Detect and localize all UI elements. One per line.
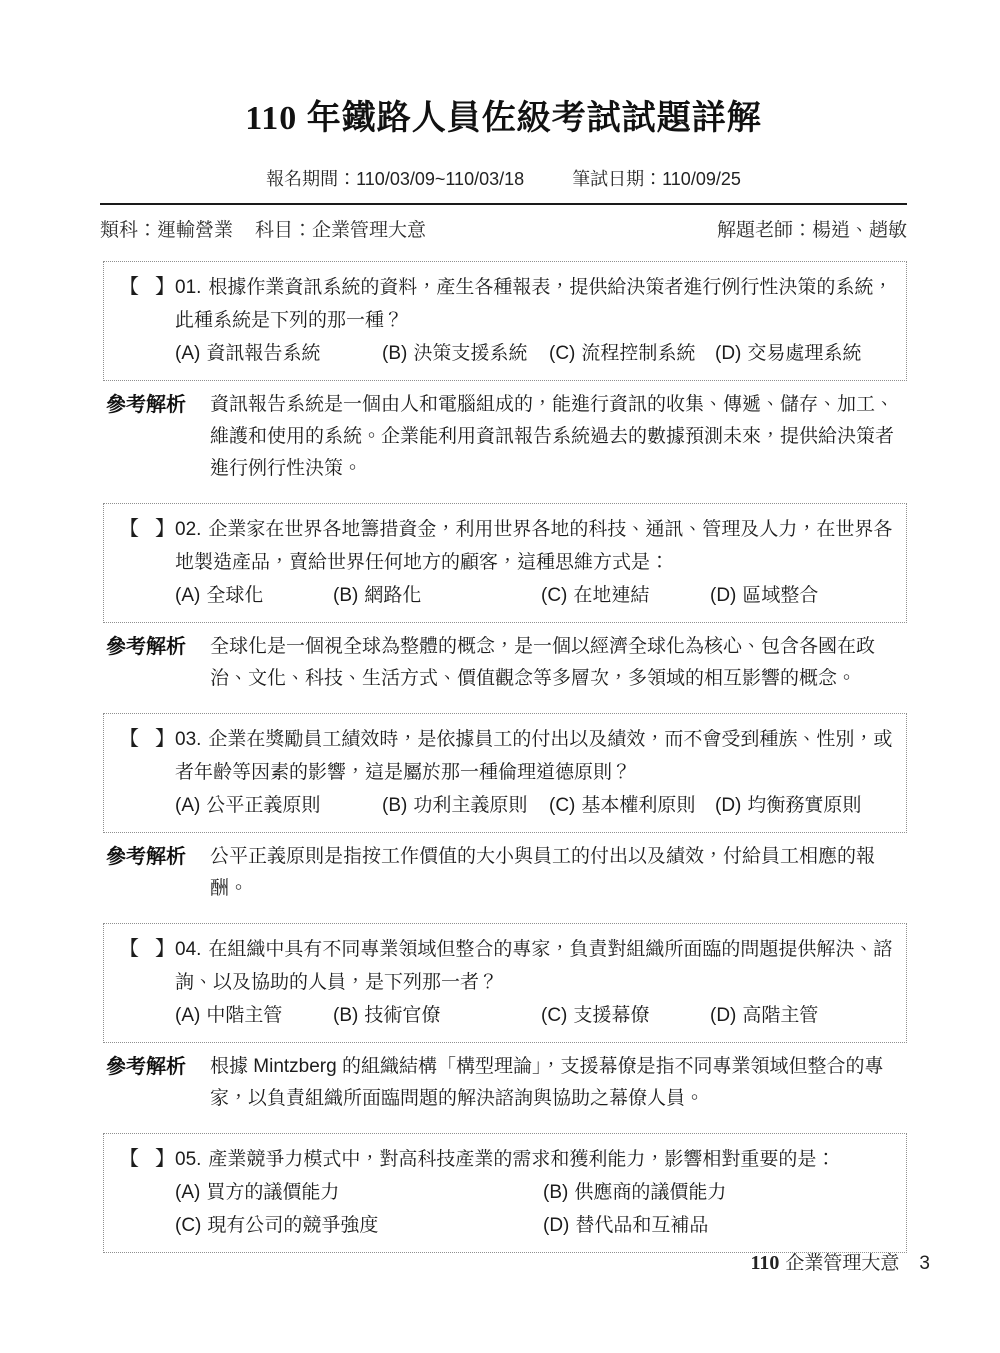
- analysis-label: 參考解析: [106, 1051, 210, 1115]
- question-box: 【 】 01.根據作業資訊系統的資料，產生各種報表，提供給決策者進行例行性決策的…: [103, 261, 907, 381]
- option: (A)公平正義原則: [175, 789, 382, 822]
- option-label: (A): [175, 795, 200, 816]
- option-label: (A): [175, 585, 200, 606]
- option-label: (C): [549, 343, 575, 364]
- question-text-line: 01.根據作業資訊系統的資料，產生各種報表，提供給決策者進行例行性決策的系統，此…: [175, 271, 896, 337]
- question-text-line: 03.企業在獎勵員工績效時，是依據員工的付出以及績效，而不會受到種族、性別，或者…: [175, 723, 896, 789]
- question-number: 05.: [175, 1149, 201, 1170]
- option-text: 替代品和互補品: [575, 1215, 708, 1236]
- options-row: (A)全球化(B)網路化(C)在地連結(D)區域整合: [175, 579, 896, 612]
- option: (A)買方的議價能力: [175, 1176, 543, 1209]
- option-text: 支援幕僚: [573, 1005, 649, 1026]
- option-label: (C): [175, 1215, 201, 1236]
- question-content: 03.企業在獎勵員工績效時，是依據員工的付出以及績效，而不會受到種族、性別，或者…: [175, 723, 896, 822]
- analysis-text: 資訊報告系統是一個由人和電腦組成的，能進行資訊的收集、傳遞、儲存、加工、維護和使…: [210, 389, 907, 485]
- question-block: 【 】 05.產業競爭力模式中，對高科技產業的需求和獲利能力，影響相對重要的是：…: [100, 1133, 907, 1253]
- bracket-open: 【: [119, 1143, 139, 1176]
- question-text: 產業競爭力模式中，對高科技產業的需求和獲利能力，影響相對重要的是：: [208, 1149, 835, 1170]
- option-label: (D): [715, 795, 741, 816]
- registration-period: 報名期間：110/03/09~110/03/18: [266, 169, 524, 189]
- option: (D)交易處理系統: [715, 337, 896, 370]
- analysis-text: 全球化是一個視全球為整體的概念，是一個以經濟全球化為核心、包含各國在政治、文化、…: [210, 631, 907, 695]
- option-label: (B): [543, 1182, 568, 1203]
- option: (D)高階主管: [710, 999, 896, 1032]
- header-divider: [100, 203, 907, 205]
- bracket-close: 】: [155, 933, 175, 966]
- question-number: 02.: [175, 519, 201, 540]
- option-label: (D): [710, 1005, 736, 1026]
- option: (B)決策支援系統: [382, 337, 549, 370]
- options-row: (A)買方的議價能力(B)供應商的議價能力(C)現有公司的競爭強度(D)替代品和…: [175, 1176, 896, 1242]
- answer-blank: 【 】: [119, 723, 175, 756]
- option-text: 流程控制系統: [581, 343, 695, 364]
- analysis-label: 參考解析: [106, 389, 210, 485]
- option-text: 現有公司的競爭強度: [207, 1215, 378, 1236]
- analysis-text: 根據 Mintzberg 的組織結構「構型理論」，支援幕僚是指不同專業領域但整合…: [210, 1051, 907, 1115]
- option-text: 基本權利原則: [581, 795, 695, 816]
- option-label: (C): [541, 1005, 567, 1026]
- option-label: (B): [333, 585, 358, 606]
- analysis-row: 參考解析 資訊報告系統是一個由人和電腦組成的，能進行資訊的收集、傳遞、儲存、加工…: [106, 389, 907, 485]
- footer-page-number: 3: [919, 1253, 930, 1274]
- bracket-close: 】: [155, 1143, 175, 1176]
- bracket-open: 【: [119, 723, 139, 756]
- category-label: 類科：運輸營業: [100, 220, 233, 241]
- question-block: 【 】 02.企業家在世界各地籌措資金，利用世界各地的科技、通訊、管理及人力，在…: [100, 503, 907, 695]
- option-label: (A): [175, 343, 200, 364]
- page-title: 110 年鐵路人員佐級考試試題詳解: [100, 96, 907, 142]
- answer-blank: 【 】: [119, 271, 175, 304]
- question-text-line: 02.企業家在世界各地籌措資金，利用世界各地的科技、通訊、管理及人力，在世界各地…: [175, 513, 896, 579]
- question-list: 【 】 01.根據作業資訊系統的資料，產生各種報表，提供給決策者進行例行性決策的…: [100, 261, 907, 1253]
- page: 110 年鐵路人員佐級考試試題詳解 報名期間：110/03/09~110/03/…: [0, 96, 1000, 1253]
- option-label: (C): [541, 585, 567, 606]
- option: (B)供應商的議價能力: [543, 1176, 896, 1209]
- category-subject: 類科：運輸營業科目：企業管理大意: [100, 217, 426, 245]
- question-block: 【 】 04.在組織中具有不同專業領域但整合的專家，負責對組織所面臨的問題提供解…: [100, 923, 907, 1115]
- bracket-close: 】: [155, 723, 175, 756]
- bracket-open: 【: [119, 513, 139, 546]
- option: (D)替代品和互補品: [543, 1209, 896, 1242]
- question-content: 05.產業競爭力模式中，對高科技產業的需求和獲利能力，影響相對重要的是： (A)…: [175, 1143, 896, 1242]
- option-text: 供應商的議價能力: [574, 1182, 726, 1203]
- exam-dates-line: 報名期間：110/03/09~110/03/18筆試日期：110/09/25: [100, 165, 907, 193]
- question-content: 02.企業家在世界各地籌措資金，利用世界各地的科技、通訊、管理及人力，在世界各地…: [175, 513, 896, 612]
- option-text: 資訊報告系統: [206, 343, 320, 364]
- question-text: 企業家在世界各地籌措資金，利用世界各地的科技、通訊、管理及人力，在世界各地製造產…: [175, 519, 892, 573]
- question-text: 企業在獎勵員工績效時，是依據員工的付出以及績效，而不會受到種族、性別，或者年齡等…: [175, 729, 892, 783]
- question-content: 01.根據作業資訊系統的資料，產生各種報表，提供給決策者進行例行性決策的系統，此…: [175, 271, 896, 370]
- answer-blank: 【 】: [119, 513, 175, 546]
- bracket-close: 】: [155, 271, 175, 304]
- exam-solution-page: { "header": { "title": "110 年鐵路人員佐級考試試題詳…: [0, 0, 1000, 1353]
- bracket-open: 【: [119, 271, 139, 304]
- option-label: (D): [710, 585, 736, 606]
- footer-subject: 企業管理大意: [785, 1253, 899, 1274]
- option: (D)均衡務實原則: [715, 789, 896, 822]
- footer-year: 110: [751, 1252, 780, 1274]
- option-text: 中階主管: [206, 1005, 282, 1026]
- option-text: 均衡務實原則: [747, 795, 861, 816]
- options-row: (A)公平正義原則(B)功利主義原則(C)基本權利原則(D)均衡務實原則: [175, 789, 896, 822]
- page-footer: 110企業管理大意3: [751, 1248, 931, 1275]
- question-text-line: 05.產業競爭力模式中，對高科技產業的需求和獲利能力，影響相對重要的是：: [175, 1143, 896, 1176]
- analysis-row: 參考解析 公平正義原則是指按工作價值的大小與員工的付出以及績效，付給員工相應的報…: [106, 841, 907, 905]
- option: (A)中階主管: [175, 999, 333, 1032]
- option: (C)基本權利原則: [549, 789, 715, 822]
- question-number: 03.: [175, 729, 201, 750]
- option-label: (B): [333, 1005, 358, 1026]
- option: (B)技術官僚: [333, 999, 541, 1032]
- option-text: 高階主管: [742, 1005, 818, 1026]
- question-block: 【 】 03.企業在獎勵員工績效時，是依據員工的付出以及績效，而不會受到種族、性…: [100, 713, 907, 905]
- option-label: (A): [175, 1182, 200, 1203]
- option-text: 全球化: [206, 585, 263, 606]
- option-label: (A): [175, 1005, 200, 1026]
- option-text: 功利主義原則: [413, 795, 527, 816]
- written-exam-date: 筆試日期：110/09/25: [572, 169, 741, 189]
- option-text: 交易處理系統: [747, 343, 861, 364]
- bracket-open: 【: [119, 933, 139, 966]
- option-text: 在地連結: [573, 585, 649, 606]
- question-content: 04.在組織中具有不同專業領域但整合的專家，負責對組織所面臨的問題提供解決、諮詢…: [175, 933, 896, 1032]
- option: (C)在地連結: [541, 579, 710, 612]
- exam-meta-row: 類科：運輸營業科目：企業管理大意 解題老師：楊逍、趙敏: [100, 217, 907, 245]
- option-text: 決策支援系統: [413, 343, 527, 364]
- option-text: 區域整合: [742, 585, 818, 606]
- bracket-close: 】: [155, 513, 175, 546]
- question-number: 01.: [175, 277, 201, 298]
- option-label: (B): [382, 343, 407, 364]
- option: (B)網路化: [333, 579, 541, 612]
- subject-label: 科目：企業管理大意: [255, 220, 426, 241]
- question-text: 在組織中具有不同專業領域但整合的專家，負責對組織所面臨的問題提供解決、諮詢、以及…: [175, 939, 892, 993]
- option-label: (C): [549, 795, 575, 816]
- option-text: 技術官僚: [364, 1005, 440, 1026]
- analysis-row: 參考解析 根據 Mintzberg 的組織結構「構型理論」，支援幕僚是指不同專業…: [106, 1051, 907, 1115]
- options-row: (A)中階主管(B)技術官僚(C)支援幕僚(D)高階主管: [175, 999, 896, 1032]
- options-row: (A)資訊報告系統(B)決策支援系統(C)流程控制系統(D)交易處理系統: [175, 337, 896, 370]
- option-text: 公平正義原則: [206, 795, 320, 816]
- teacher-label: 解題老師：楊逍、趙敏: [717, 217, 907, 245]
- option: (A)資訊報告系統: [175, 337, 382, 370]
- option: (C)現有公司的競爭強度: [175, 1209, 543, 1242]
- question-box: 【 】 02.企業家在世界各地籌措資金，利用世界各地的科技、通訊、管理及人力，在…: [103, 503, 907, 623]
- question-box: 【 】 03.企業在獎勵員工績效時，是依據員工的付出以及績效，而不會受到種族、性…: [103, 713, 907, 833]
- analysis-text: 公平正義原則是指按工作價值的大小與員工的付出以及績效，付給員工相應的報酬。: [210, 841, 907, 905]
- option: (C)流程控制系統: [549, 337, 715, 370]
- question-number: 04.: [175, 939, 201, 960]
- option: (A)全球化: [175, 579, 333, 612]
- analysis-row: 參考解析 全球化是一個視全球為整體的概念，是一個以經濟全球化為核心、包含各國在政…: [106, 631, 907, 695]
- option: (B)功利主義原則: [382, 789, 549, 822]
- option: (C)支援幕僚: [541, 999, 710, 1032]
- question-box: 【 】 04.在組織中具有不同專業領域但整合的專家，負責對組織所面臨的問題提供解…: [103, 923, 907, 1043]
- analysis-label: 參考解析: [106, 841, 210, 905]
- option-text: 網路化: [364, 585, 421, 606]
- question-text: 根據作業資訊系統的資料，產生各種報表，提供給決策者進行例行性決策的系統，此種系統…: [175, 277, 892, 331]
- option: (D)區域整合: [710, 579, 896, 612]
- answer-blank: 【 】: [119, 1143, 175, 1176]
- answer-blank: 【 】: [119, 933, 175, 966]
- question-text-line: 04.在組織中具有不同專業領域但整合的專家，負責對組織所面臨的問題提供解決、諮詢…: [175, 933, 896, 999]
- question-box: 【 】 05.產業競爭力模式中，對高科技產業的需求和獲利能力，影響相對重要的是：…: [103, 1133, 907, 1253]
- option-label: (D): [715, 343, 741, 364]
- option-label: (D): [543, 1215, 569, 1236]
- analysis-label: 參考解析: [106, 631, 210, 695]
- option-label: (B): [382, 795, 407, 816]
- option-text: 買方的議價能力: [206, 1182, 339, 1203]
- question-block: 【 】 01.根據作業資訊系統的資料，產生各種報表，提供給決策者進行例行性決策的…: [100, 261, 907, 485]
